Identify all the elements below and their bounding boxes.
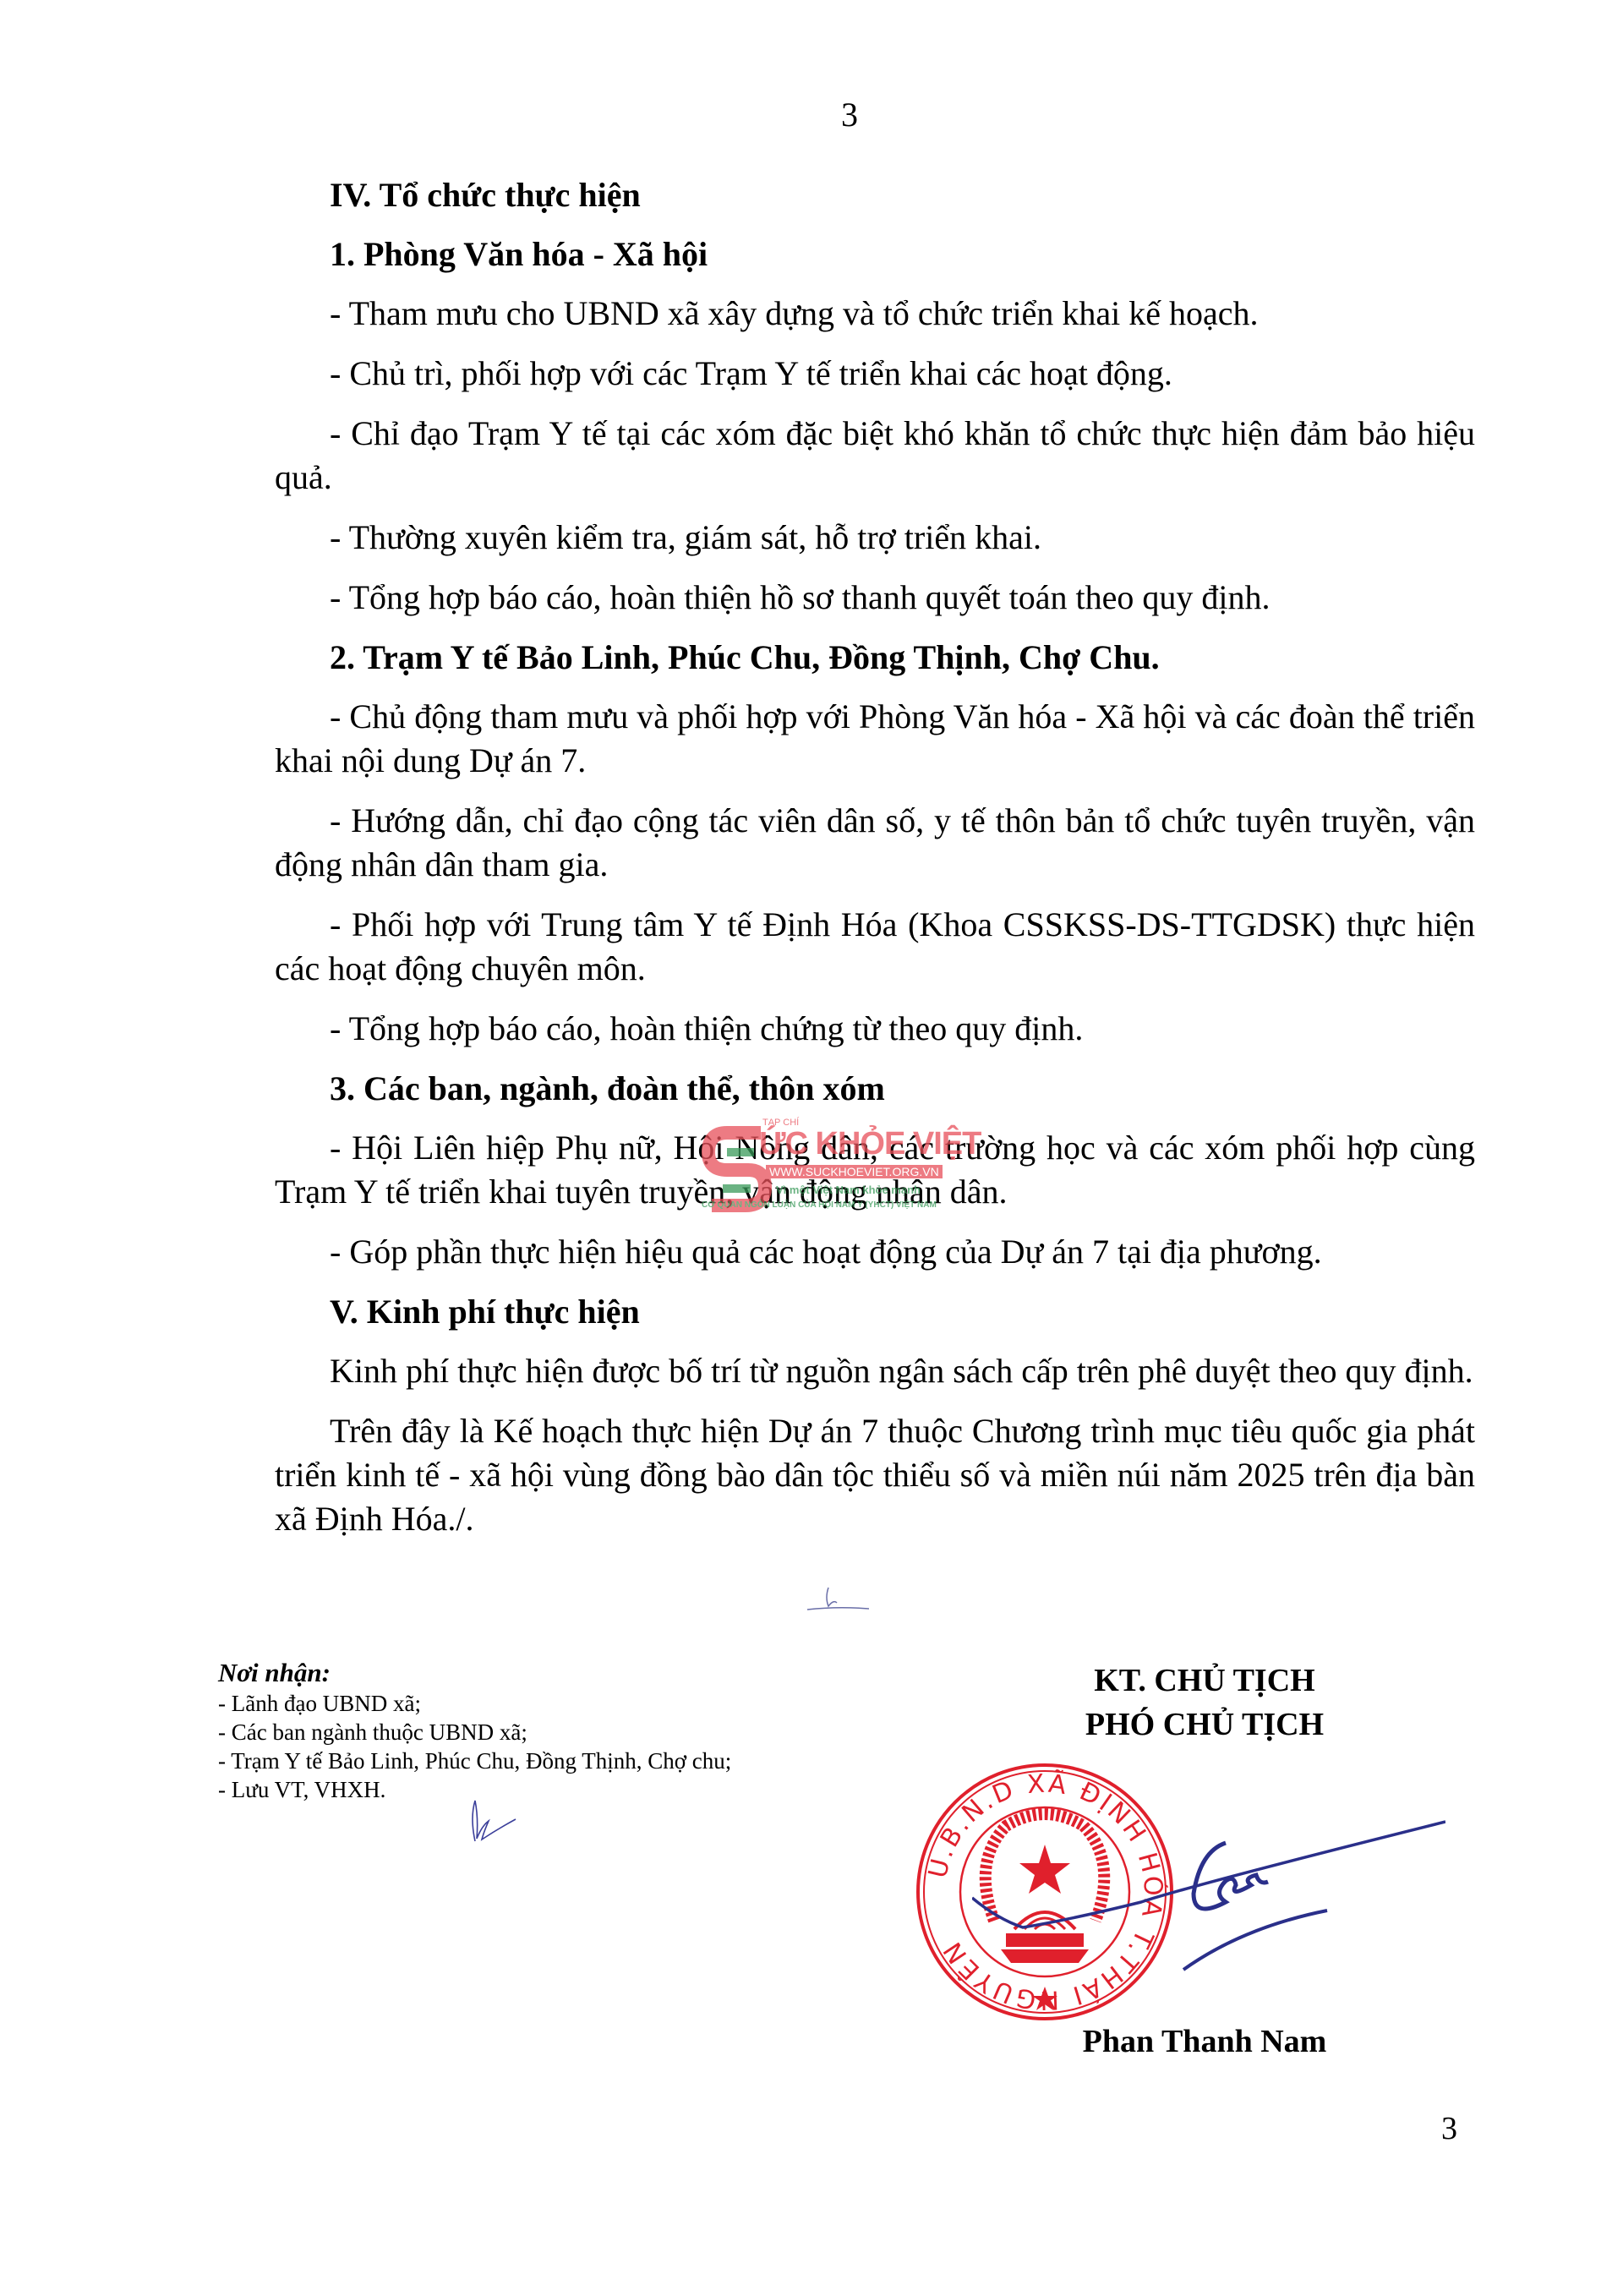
section-iv-heading: IV. Tổ chức thực hiện [275, 173, 1475, 217]
list-item: - Chủ trì, phối hợp với các Trạm Y tế tr… [275, 352, 1475, 396]
watermark-brand: ỨC KHỎE VIỆT [759, 1126, 981, 1162]
watermark-logo: TẠP CHÍ ỨC KHỎE VIỆT WWW.SUCKHOEVIET.ORG… [702, 1114, 955, 1224]
list-item: - Tổng hợp báo cáo, hoàn thiện chứng từ … [275, 1007, 1475, 1051]
watermark-url: WWW.SUCKHOEVIET.ORG.VN [766, 1165, 943, 1178]
signer-name: Phan Thanh Nam [1052, 2023, 1357, 2060]
document-body: IV. Tổ chức thực hiện 1. Phòng Văn hóa -… [275, 173, 1475, 1557]
handwritten-signature-icon [972, 1801, 1445, 1995]
recipient-item: - Các ban ngành thuộc UBND xã; [218, 1718, 731, 1747]
initial-mark-icon [803, 1581, 871, 1615]
list-item: - Chỉ đạo Trạm Y tế tại các xóm đặc biệt… [275, 412, 1475, 500]
list-item: - Tham mưu cho UBND xã xây dựng và tổ ch… [275, 292, 1475, 336]
recipient-item: - Trạm Y tế Bảo Linh, Phúc Chu, Đồng Thị… [218, 1747, 731, 1775]
watermark-org: CƠ QUAN NGÔN LUẬN CỦA HỘI NAM Y (YHCT) V… [702, 1200, 937, 1210]
signature-title-line2: PHÓ CHỦ TỊCH [1036, 1703, 1374, 1747]
initial-mark-icon [463, 1792, 522, 1851]
funding-paragraph: Kinh phí thực hiện được bố trí từ nguồn … [275, 1349, 1475, 1393]
recipients-title: Nơi nhận: [218, 1659, 731, 1687]
list-item: - Chủ động tham mưu và phối hợp với Phòn… [275, 695, 1475, 783]
list-item: - Tổng hợp báo cáo, hoàn thiện hồ sơ tha… [275, 576, 1475, 620]
section-v-heading: V. Kinh phí thực hiện [275, 1290, 1475, 1334]
signature-title-block: KT. CHỦ TỊCH PHÓ CHỦ TỊCH [1036, 1659, 1374, 1747]
signature-title-line1: KT. CHỦ TỊCH [1036, 1659, 1374, 1703]
subsection-1-heading: 1. Phòng Văn hóa - Xã hội [275, 232, 1475, 276]
page-number-top: 3 [0, 95, 1623, 134]
watermark-slogan: Vì một Việt Nam khỏe mạnh [776, 1184, 921, 1196]
list-item: - Thường xuyên kiểm tra, giám sát, hỗ tr… [275, 516, 1475, 560]
subsection-3-heading: 3. Các ban, ngành, đoàn thể, thôn xóm [275, 1067, 1475, 1111]
page-number-bottom: 3 [1441, 2110, 1457, 2147]
document-page: 3 IV. Tổ chức thực hiện 1. Phòng Văn hóa… [0, 0, 1623, 2296]
recipient-item: - Lãnh đạo UBND xã; [218, 1689, 731, 1718]
list-item: - Góp phần thực hiện hiệu quả các hoạt đ… [275, 1230, 1475, 1274]
recipients-block: Nơi nhận: - Lãnh đạo UBND xã; - Các ban … [218, 1659, 731, 1804]
list-item: - Phối hợp với Trung tâm Y tế Định Hóa (… [275, 903, 1475, 991]
closing-paragraph: Trên đây là Kế hoạch thực hiện Dự án 7 t… [275, 1409, 1475, 1541]
subsection-2-heading: 2. Trạm Y tế Bảo Linh, Phúc Chu, Đồng Th… [275, 636, 1475, 680]
list-item: - Hướng dẫn, chỉ đạo cộng tác viên dân s… [275, 799, 1475, 887]
